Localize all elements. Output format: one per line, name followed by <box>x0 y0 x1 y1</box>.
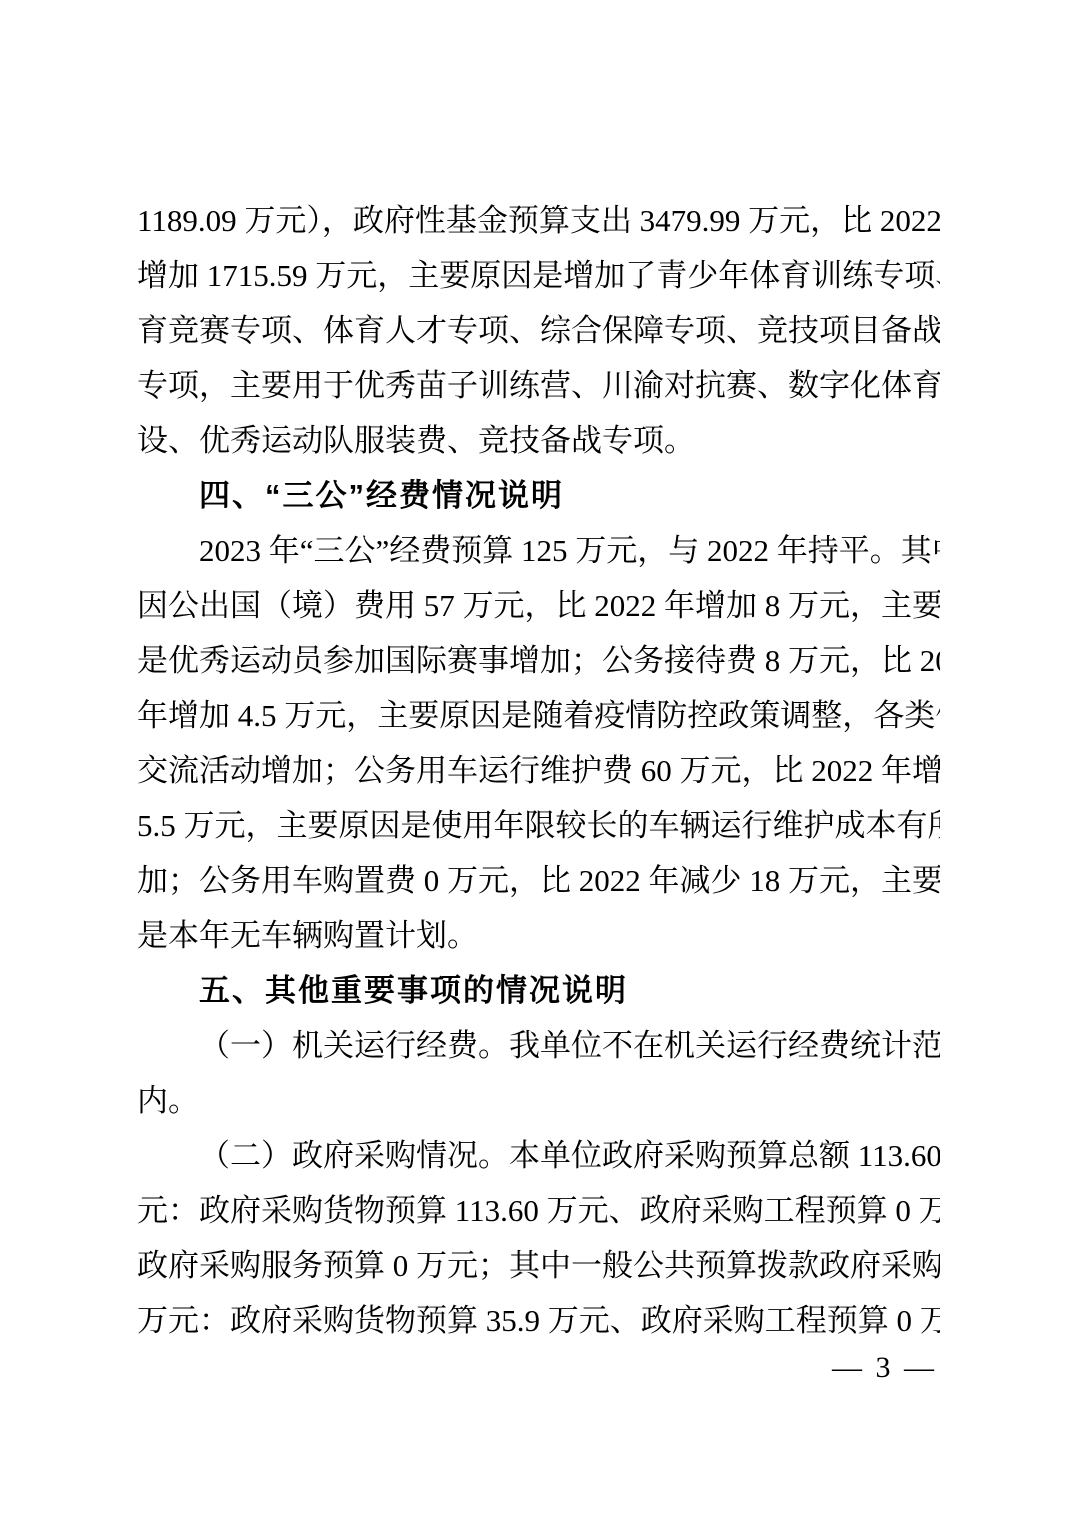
text-line: （二）政府采购情况。本单位政府采购预算总额 113.60 万 <box>137 1128 940 1183</box>
text-line: 5.5 万元，主要原因是使用年限较长的车辆运行维护成本有所增 <box>137 798 940 853</box>
text-line: （一）机关运行经费。我单位不在机关运行经费统计范围之 <box>137 1018 940 1073</box>
section-heading-other-important-items: 五、其他重要事项的情况说明 <box>137 963 940 1018</box>
document-page: 1189.09 万元），政府性基金预算支出 3479.99 万元，比 2022 … <box>0 0 1074 1520</box>
text-line: 因公出国（境）费用 57 万元，比 2022 年增加 8 万元，主要原因 <box>137 578 940 633</box>
paragraph-agency-operating-expenses: （一）机关运行经费。我单位不在机关运行经费统计范围之 内。 <box>137 1018 940 1128</box>
text-line: 政府采购服务预算 0 万元；其中一般公共预算拨款政府采购 35.9 <box>137 1238 940 1293</box>
text-line: 是本年无车辆购置计划。 <box>137 908 940 963</box>
text-line: 是优秀运动员参加国际赛事增加；公务接待费 8 万元，比 2022 <box>137 633 940 688</box>
text-line: 专项，主要用于优秀苗子训练营、川渝对抗赛、数字化体育馆建 <box>137 358 940 413</box>
section-heading-three-public-funds: 四、“三公”经费情况说明 <box>137 468 940 523</box>
page-number: — 3 — <box>832 1348 937 1388</box>
text-line: 2023 年“三公”经费预算 125 万元，与 2022 年持平。其中： <box>137 523 940 578</box>
text-line: 设、优秀运动队服装费、竞技备战专项。 <box>137 413 940 468</box>
section-heading: 四、“三公”经费情况说明 <box>137 468 940 523</box>
text-line: 育竞赛专项、体育人才专项、综合保障专项、竞技项目备战训练 <box>137 303 940 358</box>
paragraph-govfund-budget-continuation: 1189.09 万元），政府性基金预算支出 3479.99 万元，比 2022 … <box>137 193 940 468</box>
text-line: 内。 <box>137 1073 940 1128</box>
text-line: 1189.09 万元），政府性基金预算支出 3479.99 万元，比 2022 … <box>137 193 940 248</box>
paragraph-three-public-funds-details: 2023 年“三公”经费预算 125 万元，与 2022 年持平。其中： 因公出… <box>137 523 940 963</box>
section-heading: 五、其他重要事项的情况说明 <box>137 963 940 1018</box>
text-line: 增加 1715.59 万元，主要原因是增加了青少年体育训练专项、体 <box>137 248 940 303</box>
text-line: 万元：政府采购货物预算 35.9 万元、政府采购工程预算 0 万元、 <box>137 1293 940 1348</box>
paragraph-government-procurement: （二）政府采购情况。本单位政府采购预算总额 113.60 万 元：政府采购货物预… <box>137 1128 940 1348</box>
text-line: 年增加 4.5 万元，主要原因是随着疫情防控政策调整，各类体育 <box>137 688 940 743</box>
text-line: 元：政府采购货物预算 113.60 万元、政府采购工程预算 0 万元、 <box>137 1183 940 1238</box>
text-line: 加；公务用车购置费 0 万元，比 2022 年减少 18 万元，主要原因 <box>137 853 940 908</box>
document-body: 1189.09 万元），政府性基金预算支出 3479.99 万元，比 2022 … <box>137 193 940 1348</box>
text-line: 交流活动增加；公务用车运行维护费 60 万元，比 2022 年增加 <box>137 743 940 798</box>
